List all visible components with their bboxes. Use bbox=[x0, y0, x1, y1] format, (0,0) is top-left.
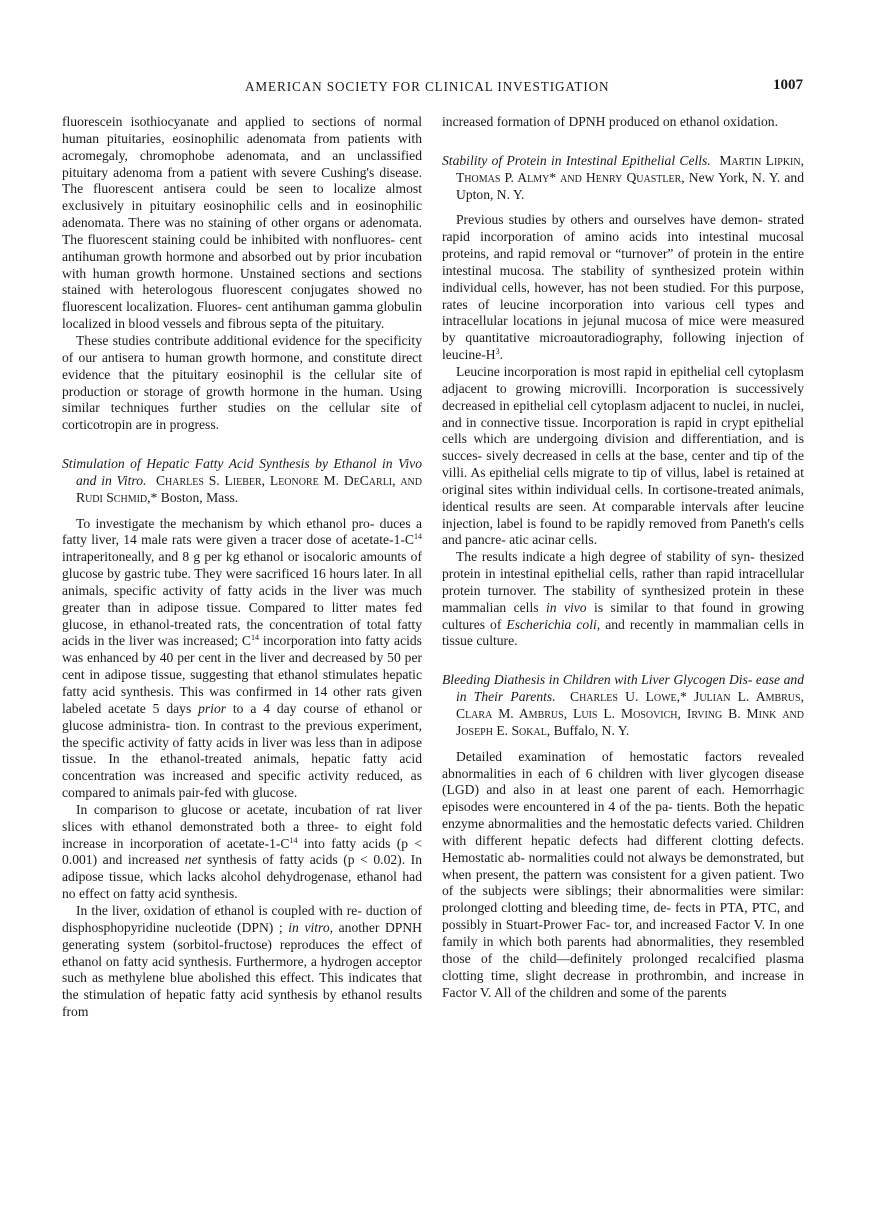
body-paragraph: The results indicate a high degree of st… bbox=[442, 549, 804, 650]
abstract-heading-stability: Stability of Protein in Intestinal Epith… bbox=[442, 153, 804, 204]
right-column: increased formation of DPNH produced on … bbox=[442, 114, 804, 1001]
abstract-location: Boston, Mass. bbox=[161, 490, 238, 505]
running-head: AMERICAN SOCIETY FOR CLINICAL INVESTIGAT… bbox=[0, 79, 890, 99]
body-paragraph: Previous studies by others and ourselves… bbox=[442, 212, 804, 364]
page-number: 1007 bbox=[773, 77, 803, 94]
body-paragraph: These studies contribute additional evid… bbox=[62, 333, 422, 434]
continued-paragraph: fluorescein isothiocyanate and applied t… bbox=[62, 114, 422, 333]
abstract-heading-bleeding: Bleeding Diathesis in Children with Live… bbox=[442, 672, 804, 739]
body-paragraph: In the liver, oxidation of ethanol is co… bbox=[62, 903, 422, 1021]
body-paragraph: Detailed examination of hemostatic facto… bbox=[442, 749, 804, 1002]
body-paragraph: To investigate the mechanism by which et… bbox=[62, 516, 422, 802]
abstract-title: Stability of Protein in Intestinal Epith… bbox=[442, 153, 711, 168]
body-paragraph: In comparison to glucose or acetate, inc… bbox=[62, 802, 422, 903]
abstract-location: Buffalo, N. Y. bbox=[554, 723, 630, 738]
body-paragraph: Leucine incorporation is most rapid in e… bbox=[442, 364, 804, 549]
left-column: fluorescein isothiocyanate and applied t… bbox=[62, 114, 422, 1021]
abstract-heading-hepatic: Stimulation of Hepatic Fatty Acid Synthe… bbox=[62, 456, 422, 507]
running-title: AMERICAN SOCIETY FOR CLINICAL INVESTIGAT… bbox=[245, 79, 609, 95]
continued-paragraph: increased formation of DPNH produced on … bbox=[442, 114, 804, 131]
